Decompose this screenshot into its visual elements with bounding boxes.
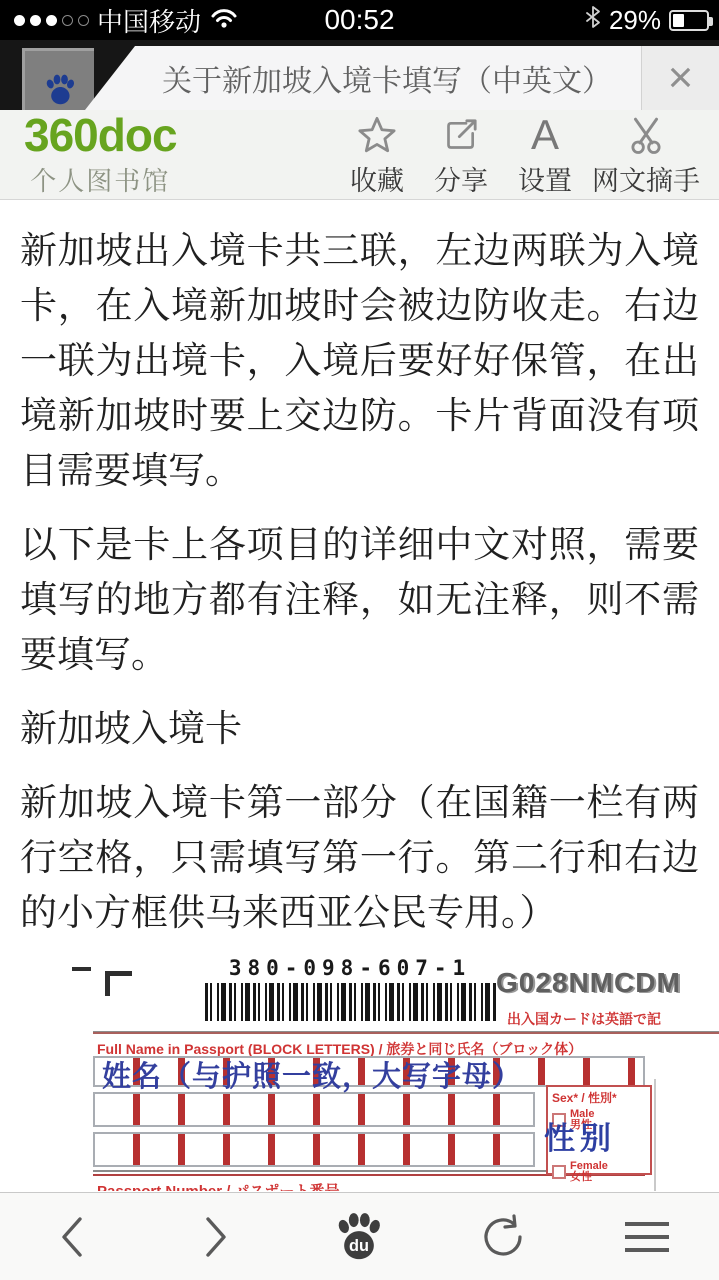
card-divider <box>93 1031 719 1034</box>
share-icon <box>441 112 481 158</box>
share-label: 分享 <box>434 159 488 198</box>
baidu-paw-icon: du <box>331 1209 387 1265</box>
active-tab[interactable]: 关于新加坡入境卡填写（中英文） × <box>85 46 719 110</box>
battery-icon <box>669 10 709 31</box>
paragraph-notes: 以下是卡上各项目的详细中文对照，需要填写的地方都有注释，如无注释，则不需要填写。 <box>20 517 699 682</box>
card-japanese-note: 出入国カードは英語で記 <box>507 1009 661 1029</box>
svg-text:du: du <box>350 1237 370 1255</box>
sex-annotation: 性别 <box>544 1113 616 1158</box>
baidu-paw-icon <box>42 72 78 108</box>
brand-name: 360doc <box>24 111 177 159</box>
clipper-label: 网文摘手 <box>592 159 700 198</box>
refresh-button[interactable] <box>468 1202 538 1272</box>
passport-number-label: Passport Number / パスポート番号 <box>97 1180 340 1191</box>
back-button[interactable] <box>37 1202 107 1272</box>
phone-screen: 中国移动 00:52 29% <box>0 0 719 1280</box>
back-chevron-icon <box>55 1212 89 1262</box>
card-serial-number: 380-098-607-1 <box>200 959 500 980</box>
favorite-button[interactable]: 收藏 <box>335 112 419 198</box>
crop-mark-dash <box>72 967 91 971</box>
carrier-label: 中国移动 <box>97 2 201 39</box>
close-tab-button[interactable]: × <box>641 46 719 110</box>
refresh-icon <box>478 1212 528 1262</box>
settings-label: 设置 <box>518 159 572 198</box>
font-settings-icon: A <box>531 112 559 158</box>
paragraph-part1: 新加坡入境卡第一部分（在国籍一栏有两行空格，只需填写第一行。第二行和右边的小方框… <box>20 775 699 940</box>
barcode <box>205 983 497 1021</box>
bluetooth-icon <box>585 4 601 37</box>
tab-title: 关于新加坡入境卡填写（中英文） <box>135 46 639 110</box>
forward-chevron-icon <box>199 1212 233 1262</box>
female-option: Female 女性 <box>552 1161 650 1183</box>
star-icon <box>356 112 398 158</box>
baidu-home-button[interactable]: du <box>324 1202 394 1272</box>
paragraph-intro: 新加坡出入境卡共三联，左边两联为入境卡，在入境新加坡时会被边防收走。右边一联为出… <box>20 223 699 498</box>
female-checkbox-icon <box>552 1165 566 1179</box>
signal-dots-icon <box>14 15 89 26</box>
settings-button[interactable]: A 设置 <box>503 112 587 198</box>
status-bar: 中国移动 00:52 29% <box>0 0 719 40</box>
scan-page-edge <box>654 1079 656 1191</box>
sex-field-label: Sex* / 性別* <box>552 1089 650 1106</box>
browser-tab-bar: 关于新加坡入境卡填写（中英文） × <box>0 40 719 110</box>
character-boxes-row3 <box>93 1132 535 1167</box>
scissors-icon <box>624 112 668 158</box>
name-annotation: 姓名（与护照一致，大写字母） <box>102 1054 522 1095</box>
character-boxes-row2 <box>93 1092 535 1127</box>
forward-button[interactable] <box>181 1202 251 1272</box>
section-heading: 新加坡入境卡 <box>20 701 699 756</box>
female-label-cn: 女性 <box>570 1171 592 1183</box>
clipper-button[interactable]: 网文摘手 <box>587 112 705 198</box>
site-header: 360doc 个人图书馆 收藏 分享 A 设 <box>0 110 719 200</box>
favorite-label: 收藏 <box>350 159 404 198</box>
menu-icon <box>625 1213 669 1261</box>
site-logo[interactable]: 360doc 个人图书馆 <box>0 111 177 198</box>
brand-tagline: 个人图书馆 <box>24 161 177 198</box>
battery-percent: 29% <box>609 5 661 36</box>
browser-nav-bar: du <box>0 1192 719 1280</box>
header-actions: 收藏 分享 A 设置 <box>335 112 719 198</box>
menu-button[interactable] <box>612 1202 682 1272</box>
immigration-card-image[interactable]: 380-098-607-1 G028NMCDM 出入国カードは英語で記 Full… <box>60 959 719 1191</box>
sex-field-panel: Sex* / 性別* Male 男性 性别 Female 女性 <box>546 1085 652 1175</box>
background-tab[interactable] <box>22 48 94 110</box>
crop-mark-corner <box>105 971 132 996</box>
close-icon: × <box>668 53 694 103</box>
card-code: G028NMCDM <box>496 967 681 999</box>
wifi-icon <box>209 5 239 36</box>
share-button[interactable]: 分享 <box>419 112 503 198</box>
article-content: 新加坡出入境卡共三联，左边两联为入境卡，在入境新加坡时会被边防收走。右边一联为出… <box>0 201 719 1191</box>
